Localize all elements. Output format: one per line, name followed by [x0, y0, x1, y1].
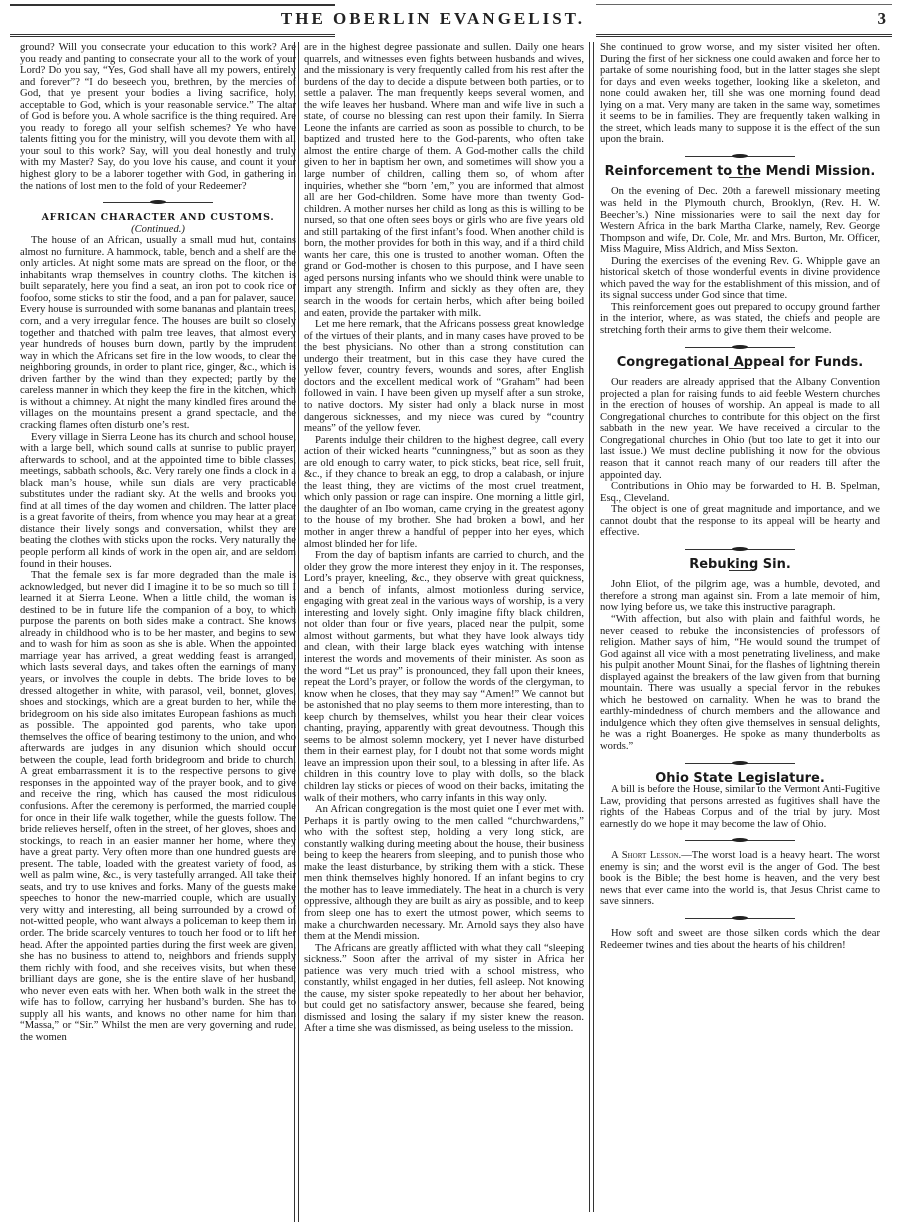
continued-paragraph: ground? Will you consecrate your educati… — [20, 42, 296, 192]
article-paragraph: are in the highest degree passionate and… — [304, 42, 584, 319]
article-paragraph: “With affection, but also with plain and… — [600, 614, 880, 753]
masthead-bottom-rule — [10, 34, 335, 37]
article-paragraph: A bill is before the House, similar to t… — [600, 784, 880, 830]
short-lesson-paragraph: A Short Lesson.—The worst load is a heav… — [600, 850, 880, 908]
continued-paragraph: She continued to grow worse, and my sist… — [600, 42, 880, 146]
article-paragraph: On the evening of Dec. 20th a farewell m… — [600, 186, 880, 255]
section-divider — [600, 757, 880, 769]
article-paragraph: From the day of baptism infants are carr… — [304, 550, 584, 804]
article-paragraph: Every village in Sierra Leone has its ch… — [20, 432, 296, 571]
article-heading: AFRICAN CHARACTER AND CUSTOMS. — [20, 212, 296, 224]
article-paragraph: That the female sex is far more degraded… — [20, 570, 296, 1043]
masthead-bottom-rule-right — [596, 34, 892, 37]
article-paragraph: The object is one of great magnitude and… — [600, 504, 880, 539]
page-number: 3 — [878, 9, 887, 29]
article-paragraph: This reinforcement goes out prepared to … — [600, 302, 880, 337]
newspaper-title: THE OBERLIN EVANGELIST. — [0, 9, 595, 29]
section-divider — [20, 196, 296, 208]
closing-note: How soft and sweet are those silken cord… — [600, 928, 880, 951]
column-2: are in the highest degree passionate and… — [304, 42, 584, 1035]
column-separator — [589, 42, 594, 1212]
section-divider — [600, 912, 880, 924]
article-heading-rebuking-sin: Rebuking Sin. — [600, 559, 880, 571]
column-3: She continued to grow worse, and my sist… — [600, 42, 880, 951]
section-divider — [600, 834, 880, 846]
column-1: ground? Will you consecrate your educati… — [20, 42, 296, 1043]
article-subheading: (Continued.) — [20, 224, 296, 236]
newspaper-page: THE OBERLIN EVANGELIST. 3 ground? Will y… — [0, 0, 900, 1223]
section-divider — [600, 543, 880, 555]
article-heading-mendi-mission: Reinforcement to the Mendi Mission. — [600, 166, 880, 178]
article-paragraph: John Eliot, of the pilgrim age, was a hu… — [600, 579, 880, 614]
masthead-top-rule-right — [596, 4, 892, 5]
masthead: THE OBERLIN EVANGELIST. 3 — [0, 0, 900, 42]
article-paragraph: An African congregation is the most quie… — [304, 804, 584, 943]
article-paragraph: The Africans are greatly afflicted with … — [304, 943, 584, 1035]
short-lesson-label: A Short Lesson. — [611, 850, 681, 861]
article-heading-ohio-legislature: Ohio State Legislature. — [600, 773, 880, 785]
masthead-top-rule — [10, 4, 335, 6]
section-divider — [600, 341, 880, 353]
article-paragraph: During the exercises of the evening Rev.… — [600, 256, 880, 302]
article-paragraph: Let me here remark, that the Africans po… — [304, 319, 584, 434]
article-paragraph: The house of an African, usually a small… — [20, 235, 296, 431]
section-divider — [600, 150, 880, 162]
article-paragraph: Parents indulge their children to the hi… — [304, 435, 584, 550]
article-paragraph: Our readers are already apprised that th… — [600, 377, 880, 481]
article-heading-congregational-appeal: Congregational Appeal for Funds. — [600, 357, 880, 369]
article-paragraph: Contributions in Ohio may be forwarded t… — [600, 481, 880, 504]
